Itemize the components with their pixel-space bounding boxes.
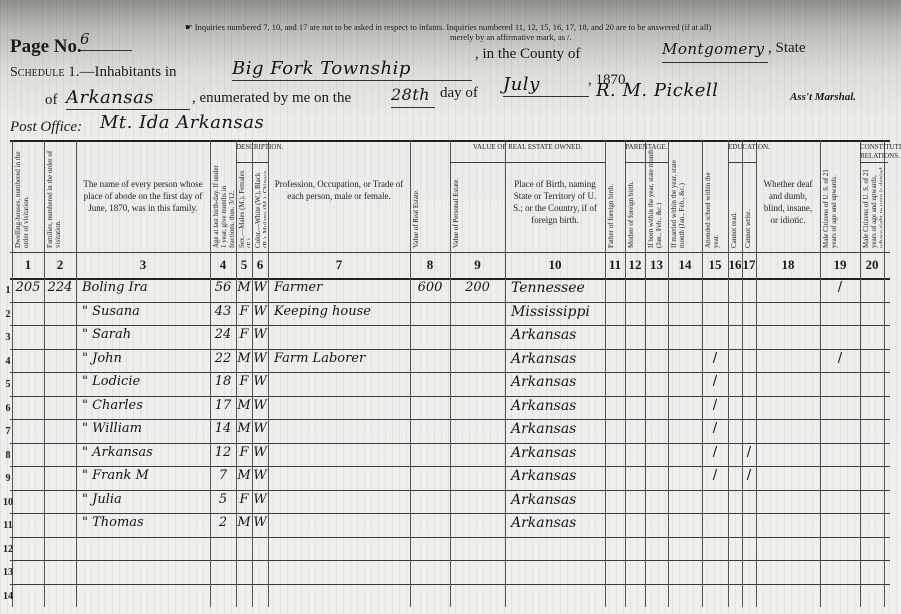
cell-school: / [702, 374, 728, 389]
cell-family: 224 [44, 280, 76, 295]
cell-birthplace: Arkansas [511, 374, 605, 390]
cell-color: W [252, 374, 268, 389]
cell-age: 22 [210, 351, 236, 366]
cell-personal-estate: 200 [450, 280, 505, 295]
column-number-10: 10 [505, 257, 605, 273]
grid-line [76, 140, 77, 607]
line-number: 9 [2, 473, 14, 484]
cell-age: 2 [210, 515, 236, 530]
cell-sex: M [236, 468, 252, 483]
cell-name: Boling Ira [82, 280, 210, 295]
line-number: 2 [2, 309, 14, 320]
column-number-7: 7 [268, 257, 410, 273]
cell-age: 24 [210, 327, 236, 342]
census-page: ☛ Inquiries numbered 7, 10, and 17 are n… [0, 0, 901, 614]
cell-cannot-write: / [742, 468, 756, 483]
column-number-14: 14 [668, 257, 702, 273]
column-number-13: 13 [645, 257, 668, 273]
column-header-4: Age at last birth-day. If under 1 year, … [212, 164, 234, 248]
column-number-17: 17 [742, 257, 756, 273]
cell-sex: M [236, 421, 252, 436]
grid-line [605, 140, 606, 607]
column-header-12: Mother of foreign birth. [627, 164, 643, 248]
cell-age: 18 [210, 374, 236, 389]
column-header-16: Cannot read. [730, 164, 740, 248]
cell-color: W [252, 304, 268, 319]
column-header-2: Families, numbered in the order of visit… [46, 144, 74, 248]
cell-age: 56 [210, 280, 236, 295]
grid-line [625, 140, 626, 607]
cell-occupation: Farmer [274, 280, 410, 295]
cell-dwelling: 205 [12, 280, 44, 295]
cell-name: " Arkansas [82, 445, 210, 460]
cell-age: 14 [210, 421, 236, 436]
grid-line [728, 140, 729, 607]
cell-name: " Thomas [82, 515, 210, 530]
cell-color: W [252, 280, 268, 295]
line-number: 14 [2, 591, 14, 602]
column-header-17: Cannot write. [744, 164, 754, 248]
column-number-9: 9 [450, 257, 505, 273]
grid-line [450, 140, 451, 607]
cell-age: 7 [210, 468, 236, 483]
cell-birthplace: Arkansas [511, 515, 605, 531]
cell-color: W [252, 327, 268, 342]
census-table: Description.Value of Real Estate owned.P… [0, 0, 901, 614]
line-number: 6 [2, 403, 14, 414]
cell-color: W [252, 398, 268, 413]
cell-cannot-write: / [742, 445, 756, 460]
cell-birthplace: Arkansas [511, 468, 605, 484]
cell-name: " Frank M [82, 468, 210, 483]
cell-name: " Julia [82, 492, 210, 507]
cell-age: 5 [210, 492, 236, 507]
column-header-5: Sex.—Males (M.), Females (F.) [238, 164, 250, 248]
cell-name: " Sarah [82, 327, 210, 342]
line-number: 11 [2, 520, 14, 531]
cell-name: " Susana [82, 304, 210, 319]
cell-school: / [702, 351, 728, 366]
cell-color: W [252, 421, 268, 436]
cell-birthplace: Arkansas [511, 327, 605, 343]
grid-line [505, 140, 506, 607]
column-number-3: 3 [76, 257, 210, 273]
grid-line [820, 140, 821, 607]
column-number-1: 1 [12, 257, 44, 273]
cell-sex: F [236, 304, 252, 319]
line-number: 4 [2, 356, 14, 367]
column-header-18: Whether deaf and dumb, blind, insane, or… [760, 178, 816, 226]
cell-birthplace: Arkansas [511, 492, 605, 508]
grid-line [645, 140, 646, 607]
grid-line [268, 140, 269, 607]
cell-school: / [702, 398, 728, 413]
line-number: 8 [2, 450, 14, 461]
cell-birthplace: Tennessee [511, 280, 605, 296]
cell-name: " Charles [82, 398, 210, 413]
column-header-6: Color.—White (W.), Black (B.), Mulatto (… [254, 164, 266, 248]
cell-sex: F [236, 374, 252, 389]
cell-occupation: Farm Laborer [274, 351, 410, 366]
cell-color: W [252, 445, 268, 460]
cell-birthplace: Arkansas [511, 351, 605, 367]
column-header-8: Value of Real Estate. [412, 164, 448, 248]
cell-school: / [702, 445, 728, 460]
line-number: 5 [2, 379, 14, 390]
cell-color: W [252, 468, 268, 483]
line-number: 13 [2, 567, 14, 578]
grid-line [450, 162, 605, 163]
column-header-1: Dwelling-houses, numbered in the order o… [14, 144, 42, 248]
cell-birthplace: Mississippi [511, 304, 605, 320]
column-header-11: Father of foreign birth. [607, 164, 623, 248]
cell-sex: F [236, 492, 252, 507]
column-header-20: Male Citizens of U. S. of 21 years of ag… [862, 164, 882, 248]
grid-line [728, 162, 756, 163]
column-header-7: Profession, Occupation, or Trade of each… [272, 178, 406, 202]
cell-school: / [702, 468, 728, 483]
column-header-13: If born within the year, state month (Ja… [647, 144, 666, 248]
column-header-3: The name of every person whose place of … [80, 178, 206, 214]
grid-line [236, 162, 268, 163]
cell-color: W [252, 515, 268, 530]
grid-line [742, 140, 743, 607]
cell-citizen: / [820, 280, 860, 295]
cell-age: 17 [210, 398, 236, 413]
column-header-15: Attended school within the year. [704, 164, 726, 248]
column-number-5: 5 [236, 257, 252, 273]
column-number-8: 8 [410, 257, 450, 273]
line-number: 10 [2, 497, 14, 508]
cell-sex: M [236, 351, 252, 366]
cell-birthplace: Arkansas [511, 445, 605, 461]
cell-name: " William [82, 421, 210, 436]
constitutional-group-header: Constitutional Relations. [860, 143, 888, 161]
column-number-6: 6 [252, 257, 268, 273]
cell-sex: F [236, 445, 252, 460]
column-number-12: 12 [625, 257, 645, 273]
cell-birthplace: Arkansas [511, 398, 605, 414]
column-number-4: 4 [210, 257, 236, 273]
column-number-18: 18 [756, 257, 820, 273]
cell-sex: M [236, 280, 252, 295]
column-number-20: 20 [860, 257, 884, 273]
column-number-19: 19 [820, 257, 860, 273]
cell-citizen: / [820, 351, 860, 366]
cell-color: W [252, 351, 268, 366]
real-estate-group-header: Value of Real Estate owned. [450, 143, 605, 152]
line-number: 12 [2, 544, 14, 555]
cell-sex: M [236, 398, 252, 413]
grid-line [860, 140, 861, 607]
cell-sex: F [236, 327, 252, 342]
column-number-16: 16 [728, 257, 742, 273]
column-header-9: Value of Personal Estate. [452, 164, 503, 248]
cell-sex: M [236, 515, 252, 530]
grid-line [12, 140, 13, 607]
cell-age: 43 [210, 304, 236, 319]
grid-line [410, 140, 411, 607]
column-number-2: 2 [44, 257, 76, 273]
column-number-11: 11 [605, 257, 625, 273]
column-header-19: Male Citizens of U. S. of 21 years of ag… [822, 164, 858, 248]
grid-line [44, 140, 45, 607]
line-number: 3 [2, 332, 14, 343]
grid-line [668, 140, 669, 607]
cell-name: " John [82, 351, 210, 366]
cell-real-estate: 600 [410, 280, 450, 295]
cell-school: / [702, 421, 728, 436]
education-group-header: Education. [728, 143, 756, 152]
cell-age: 12 [210, 445, 236, 460]
cell-occupation: Keeping house [274, 304, 410, 319]
cell-birthplace: Arkansas [511, 421, 605, 437]
grid-line [884, 140, 885, 607]
column-number-15: 15 [702, 257, 728, 273]
grid-line [860, 162, 888, 163]
description-group-header: Description. [236, 143, 268, 152]
grid-line [756, 140, 757, 607]
cell-color: W [252, 492, 268, 507]
line-number: 7 [2, 426, 14, 437]
column-header-14: If married within the year, state month … [670, 144, 700, 248]
cell-name: " Lodicie [82, 374, 210, 389]
column-header-10: Place of Birth, naming State or Territor… [509, 178, 601, 226]
